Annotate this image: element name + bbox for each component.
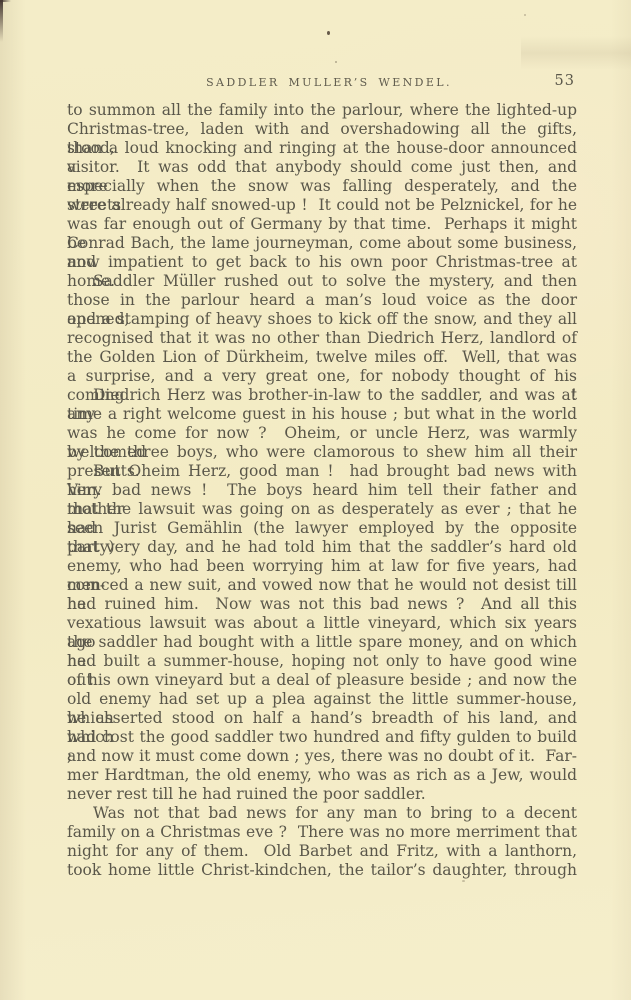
text-line: and now it must come down ; yes, there w… — [67, 747, 577, 766]
text-line: mer Hardtman, the old enemy, who was as … — [67, 766, 577, 785]
scan-edge-mark-left — [0, 0, 3, 42]
text-line: night for any of them. Old Barbet and Fr… — [67, 842, 577, 861]
text-line: was far enough out of Germany by that ti… — [67, 215, 577, 234]
text-line: of his own vineyard but a deal of pleasu… — [67, 671, 577, 690]
text-line: the Golden Lion of Dürkheim, twelve mile… — [67, 348, 577, 367]
text-line: now impatient to get back to his own poo… — [67, 253, 577, 272]
text-line: Very bad news ! The boys heard him tell … — [67, 481, 577, 500]
text-line: the saddler had bought with a little spa… — [67, 633, 577, 652]
text-line: especially when the snow was falling des… — [67, 177, 577, 196]
text-line: that the lawsuit was going on as despera… — [67, 500, 577, 519]
text-block: to summon all the family into the parlou… — [67, 101, 577, 880]
ink-speck — [327, 31, 330, 35]
text-line: a surprise, and a very great one, for no… — [67, 367, 577, 386]
text-line: took home little Christ-kindchen, the ta… — [67, 861, 577, 880]
text-line: was he come for now ? Oheim, or uncle He… — [67, 424, 577, 443]
text-line: time a right welcome guest in his house … — [67, 405, 577, 424]
book-page: SADDLER MULLER’S WENDEL. 53 to summon al… — [0, 0, 631, 1000]
text-line: visitor. It was odd that anybody should … — [67, 158, 577, 177]
text-line: old enemy had set up a plea against the … — [67, 690, 577, 709]
text-line: by the three boys, who were clamorous to… — [67, 443, 577, 462]
text-line: that very day, and he had told him that … — [67, 538, 577, 557]
text-line: had cost the good saddler two hundred an… — [67, 728, 577, 747]
ink-speck — [524, 14, 526, 16]
text-line: menced a new suit, and vowed now that he… — [67, 576, 577, 595]
text-line: never rest till he had ruined the poor s… — [67, 785, 577, 804]
text-line: But Oheim Herz, good man ! had brought b… — [67, 462, 577, 481]
text-line: seen Jurist Gemählin (the lawyer employe… — [67, 519, 577, 538]
page-number: 53 — [555, 73, 575, 89]
text-line: Saddler Müller rushed out to solve the m… — [67, 272, 577, 291]
page-header: SADDLER MULLER’S WENDEL. 53 — [67, 76, 577, 94]
text-line: were already half snowed-up ! It could n… — [67, 196, 577, 215]
text-line: those in the parlour heard a man’s loud … — [67, 291, 577, 310]
text-line: enemy, who had been worrying him at law … — [67, 557, 577, 576]
text-line: and a stamping of heavy shoes to kick of… — [67, 310, 577, 329]
text-line: Was not that bad news for any man to bri… — [67, 804, 577, 823]
text-line: recognised that it was no other than Die… — [67, 329, 577, 348]
text-line: he asserted stood on half a hand’s bread… — [67, 709, 577, 728]
text-line: Conrad Bach, the lame journeyman, come a… — [67, 234, 577, 253]
running-title: SADDLER MULLER’S WENDEL. — [67, 76, 577, 89]
text-line: Diedrich Herz was brother-in-law to the … — [67, 386, 577, 405]
text-line: vexatious lawsuit was about a little vin… — [67, 614, 577, 633]
scan-edge-mark-top — [0, 0, 11, 2]
text-line: to summon all the family into the parlou… — [67, 101, 577, 120]
text-line: had built a summer-house, hoping not onl… — [67, 652, 577, 671]
text-line: than a loud knocking and ringing at the … — [67, 139, 577, 158]
scan-shading-band — [521, 36, 631, 70]
ink-speck — [462, 880, 465, 882]
text-line: family on a Christmas eve ? There was no… — [67, 823, 577, 842]
text-line: Christmas-tree, laden with and overshado… — [67, 120, 577, 139]
ink-speck — [335, 61, 337, 63]
text-line: had ruined him. Now was not this bad new… — [67, 595, 577, 614]
